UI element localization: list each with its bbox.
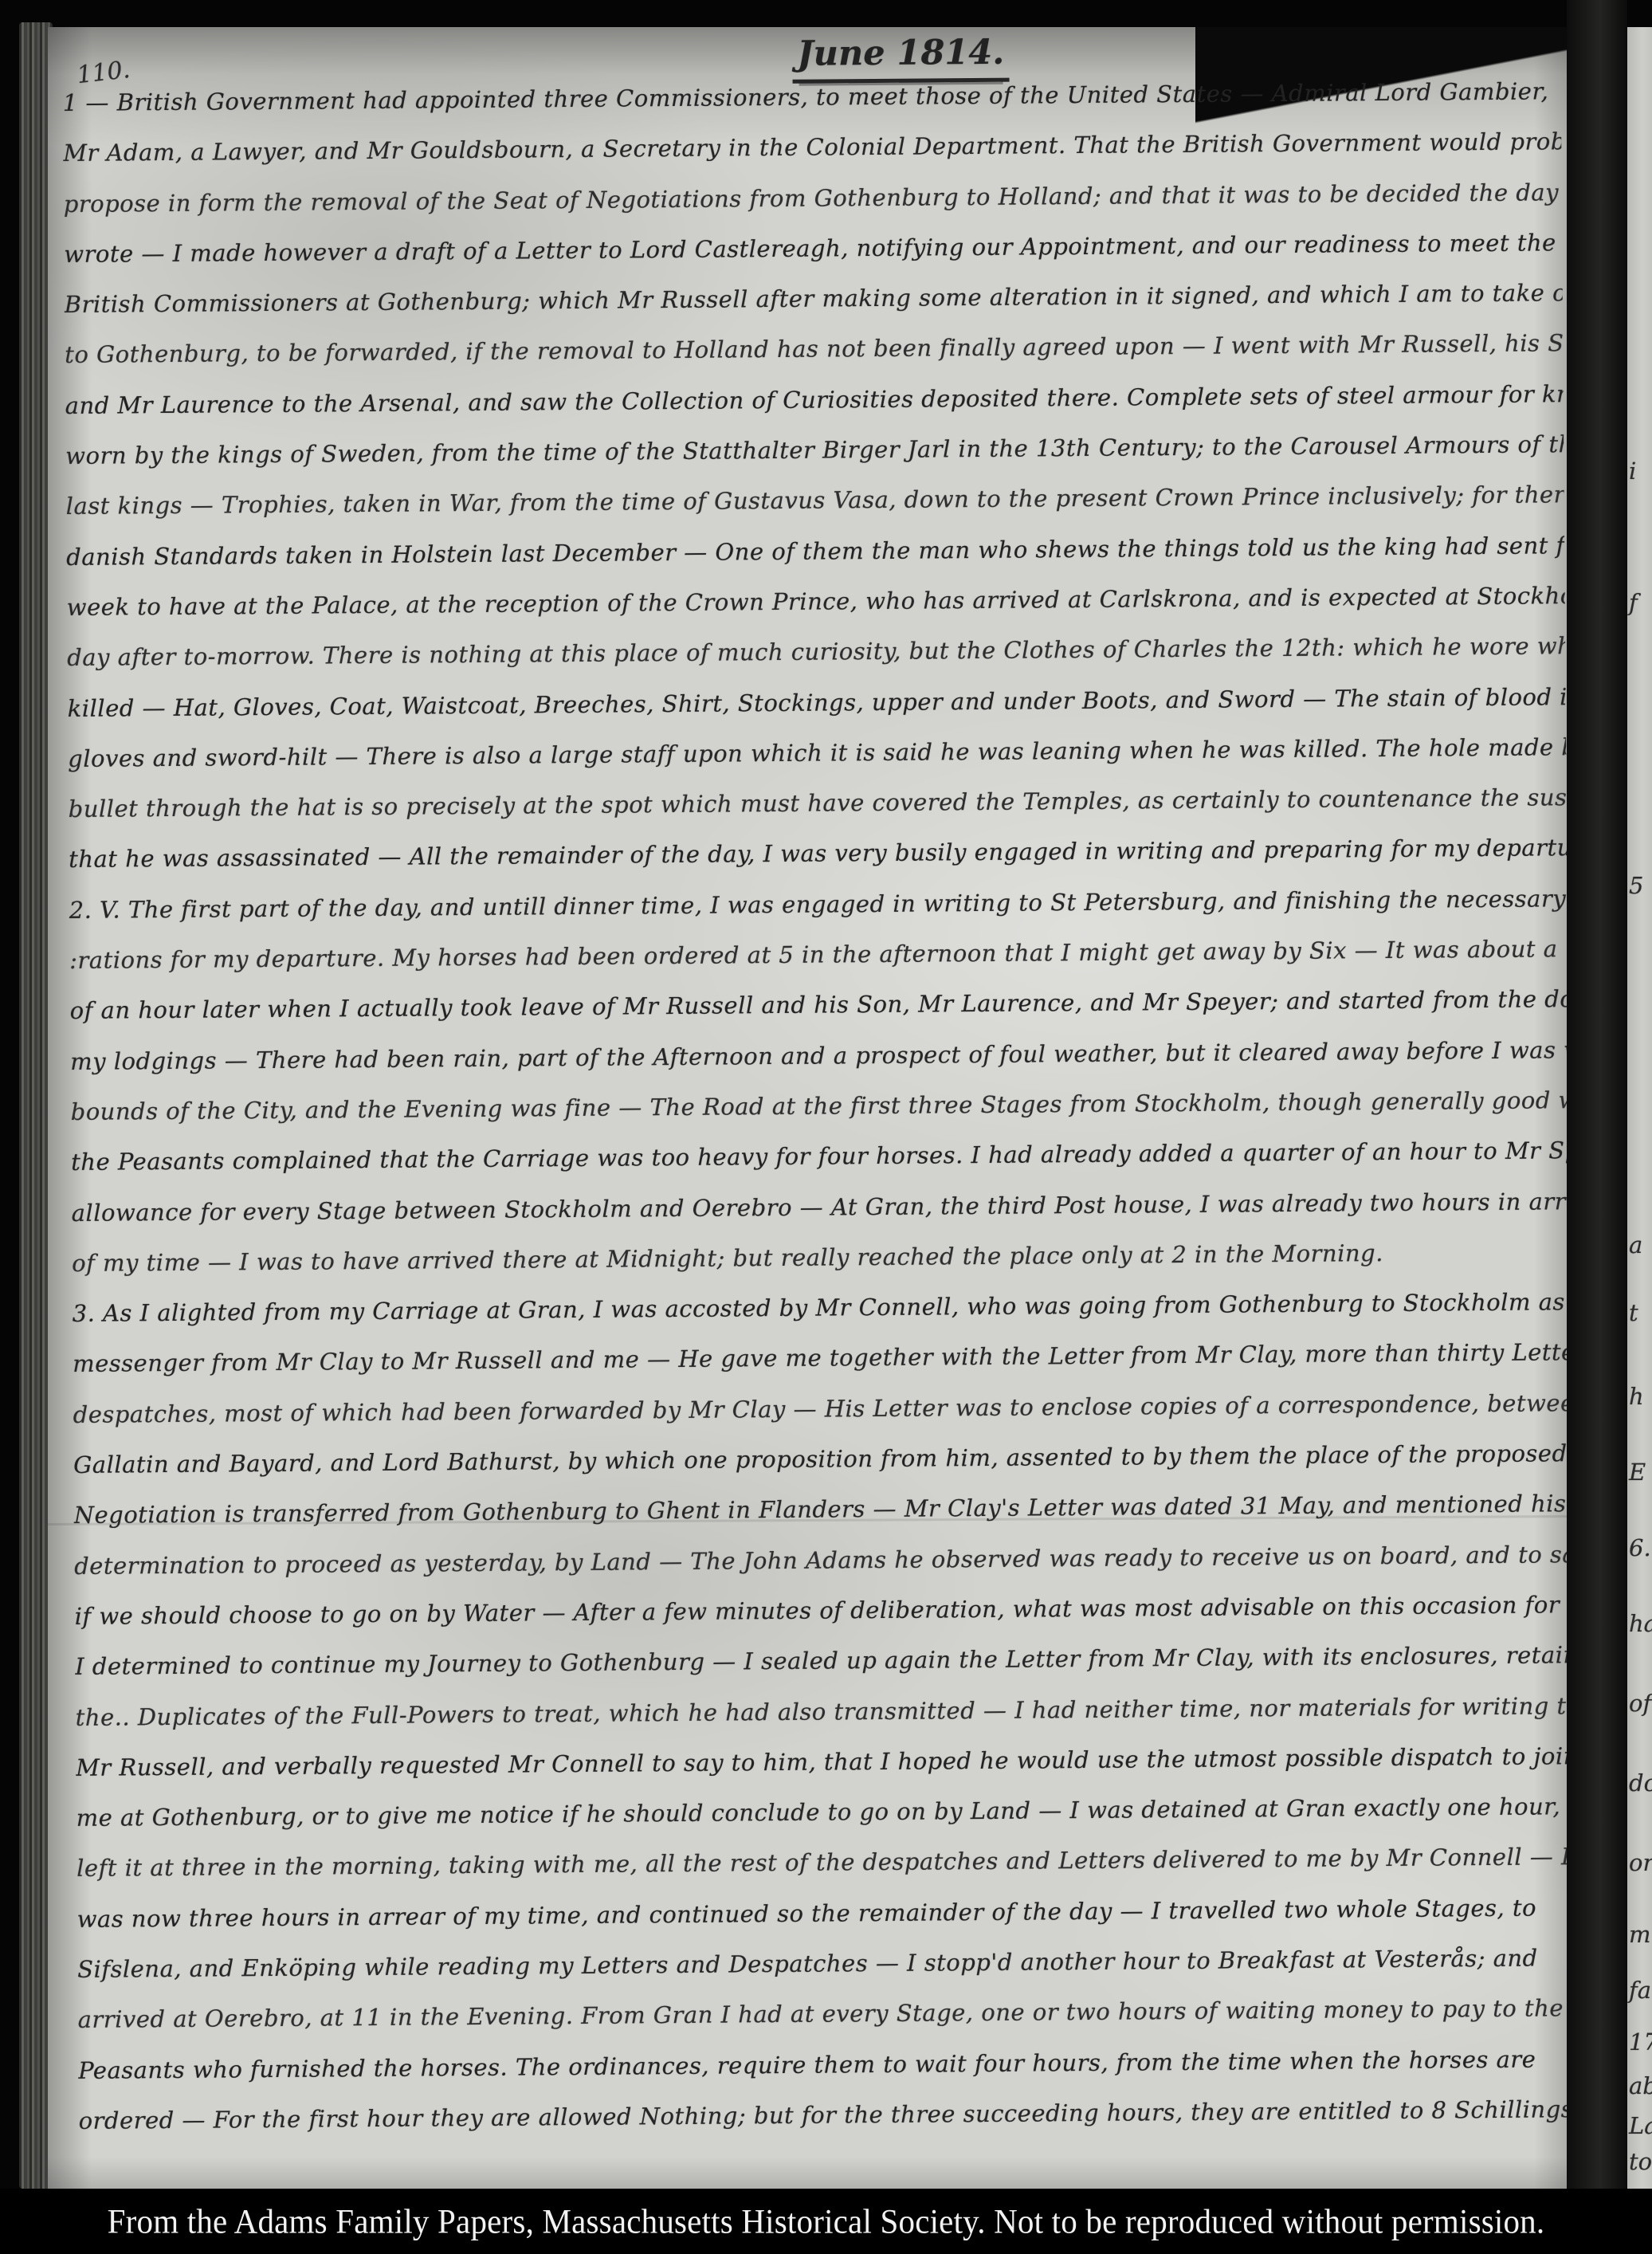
- facing-page-text-fragment: La: [1629, 2112, 1652, 2139]
- facing-page-text-fragment: fa: [1629, 1977, 1651, 2004]
- facing-page-text-fragment: m: [1629, 1921, 1651, 1948]
- facing-page-text-fragment: f: [1629, 589, 1638, 616]
- entry-month-heading-text: June 1814.: [792, 33, 1009, 84]
- facing-page-text-fragment: do: [1629, 1769, 1652, 1797]
- facing-page-text-fragment: 5: [1629, 872, 1643, 899]
- facing-page-text-fragment: a: [1629, 1231, 1642, 1259]
- facing-page-text-fragment: i: [1629, 457, 1636, 485]
- facing-page-text-fragment: or: [1629, 1849, 1652, 1876]
- manuscript-content: 110. June 1814. 1 — British Government h…: [62, 27, 1570, 2189]
- facing-page-text-fragment: t: [1629, 1299, 1638, 1326]
- page-number: 110.: [76, 56, 131, 89]
- archive-credit-caption: From the Adams Family Papers, Massachuse…: [108, 2201, 1545, 2241]
- facing-page-text-fragment: to: [1629, 2148, 1652, 2175]
- entry-month-heading: June 1814.: [717, 32, 1084, 84]
- manuscript-line: ordered — For the first hour they are al…: [78, 2095, 1570, 2158]
- manuscript-page: 110. June 1814. 1 — British Government h…: [48, 27, 1570, 2189]
- facing-page-text-fragment: 17: [1629, 2028, 1652, 2056]
- facing-page-sliver: if5athE6.haofdoormfa17abLato: [1627, 27, 1652, 2189]
- footer-caption-bar: From the Adams Family Papers, Massachuse…: [0, 2189, 1652, 2254]
- facing-page-text-fragment: of: [1629, 1690, 1651, 1717]
- facing-page-text-fragment: E: [1629, 1459, 1646, 1486]
- facing-page-text-fragment: ab: [1629, 2072, 1652, 2099]
- facing-page-text-fragment: ha: [1629, 1610, 1652, 1637]
- scanned-diary-photograph: 110. June 1814. 1 — British Government h…: [0, 0, 1652, 2254]
- facing-page-text-fragment: h: [1629, 1383, 1644, 1410]
- facing-page-text-fragment: 6.: [1629, 1534, 1651, 1561]
- book-gutter-shadow: [1567, 0, 1627, 2254]
- manuscript-text-lines: 1 — British Government had appointed thr…: [63, 77, 1570, 2158]
